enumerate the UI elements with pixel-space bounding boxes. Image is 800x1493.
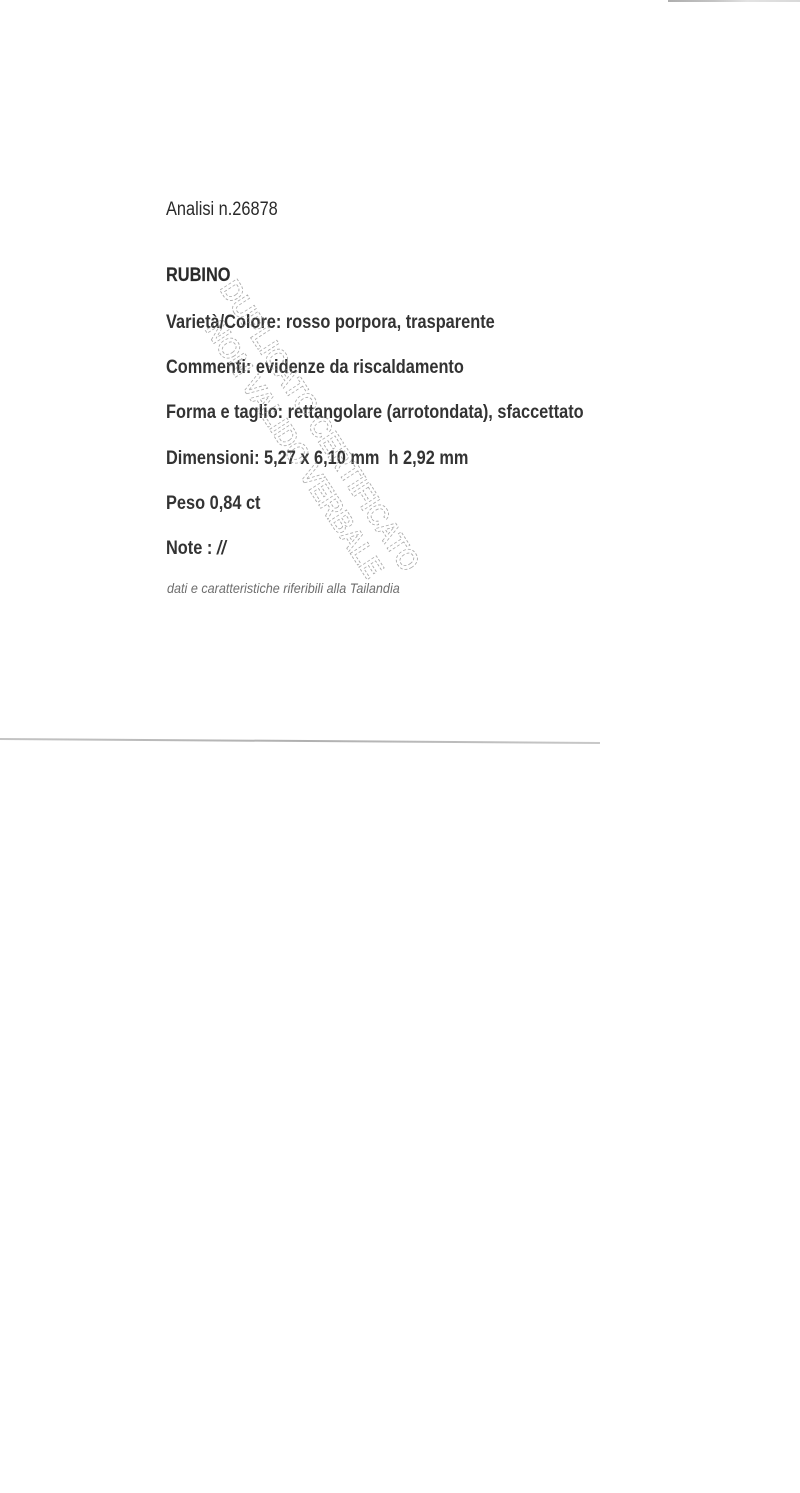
analysis-number: Analisi n.26878: [166, 200, 278, 219]
field-value: 0,84 ct: [210, 493, 261, 514]
field-value: rosso porpora, trasparente: [286, 312, 495, 333]
field-label: Commenti:: [166, 357, 251, 378]
origin-note: dati e caratteristiche riferibili alla T…: [167, 580, 400, 596]
field-shape-cut: Forma e taglio: rettangolare (arrotondat…: [166, 403, 584, 422]
field-comments: Commenti: evidenze da riscaldamento: [166, 358, 464, 377]
horizontal-rule: [0, 738, 600, 744]
field-value: evidenze da riscaldamento: [256, 357, 464, 378]
field-label: Note :: [166, 538, 212, 559]
field-label: Peso: [166, 493, 205, 514]
field-label: Dimensioni:: [166, 448, 260, 469]
field-weight: Peso 0,84 ct: [166, 494, 260, 513]
gem-name: RUBINO: [166, 266, 230, 285]
field-variety-color: Varietà/Colore: rosso porpora, trasparen…: [166, 313, 495, 332]
field-label: Varietà/Colore:: [166, 312, 281, 333]
field-label: Forma e taglio:: [166, 402, 283, 423]
field-value: rettangolare (arrotondata), sfaccettato: [288, 402, 584, 423]
scan-edge-mark: [668, 0, 800, 2]
field-dimensions: Dimensioni: 5,27 x 6,10 mm h 2,92 mm: [166, 449, 468, 468]
field-value: 5,27 x 6,10 mm h 2,92 mm: [264, 448, 468, 469]
field-notes: Note : //: [166, 539, 226, 558]
field-value: //: [217, 538, 226, 559]
